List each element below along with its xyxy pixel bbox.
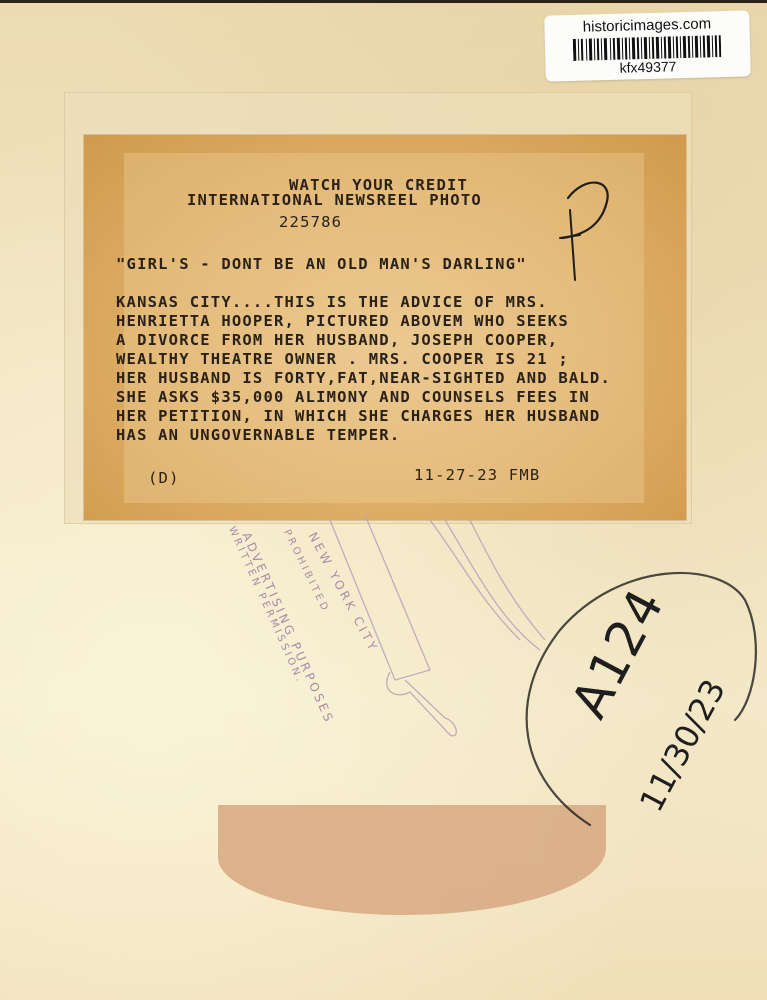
handwritten-p-icon — [562, 183, 608, 238]
pencil-annotations — [0, 0, 767, 1000]
